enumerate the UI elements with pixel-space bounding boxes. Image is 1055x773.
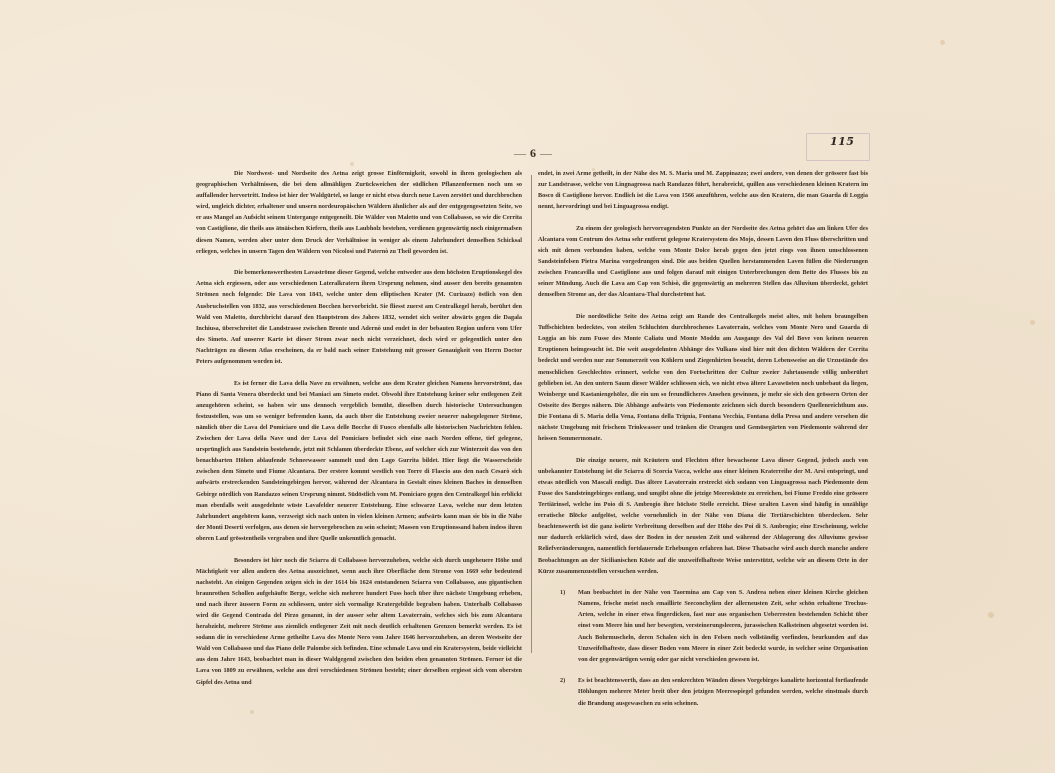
paragraph: Die Nordwest- und Nordseite des Aetna ze… xyxy=(196,168,522,257)
paragraph-continuation: endet, in zwei Arme getheilt, in der Näh… xyxy=(538,168,868,212)
scanned-page: —6— 115 Die Nordwest- und Nordseite des … xyxy=(0,0,1055,773)
footnote-number: 1) xyxy=(560,587,578,665)
footnote-number: 2) xyxy=(560,675,578,708)
page-number: —6— xyxy=(508,146,558,161)
column-divider xyxy=(531,175,532,653)
paragraph: Es ist ferner die Lava della Nave zu erw… xyxy=(196,378,522,544)
footnote: 2) Es ist beachtenswerth, dass an den se… xyxy=(538,675,868,708)
paragraph: Die bemerkenswerthesten Lavaströme diese… xyxy=(196,267,522,367)
paragraph: Besonders ist hier noch die Sciarra di C… xyxy=(196,555,522,688)
page-header: —6— xyxy=(0,146,1055,162)
footnote: 1) Man beobachtet in der Nähe von Taormi… xyxy=(538,587,868,665)
handwritten-folio-number: 115 xyxy=(830,135,854,148)
paragraph: Die nordöstliche Seite des Aetna zeigt a… xyxy=(538,311,868,444)
paragraph: Zu einem der geologisch hervorragendsten… xyxy=(538,223,868,301)
dash-right: — xyxy=(540,146,552,160)
footnote-text: Es ist beachtenswerth, dass an den senkr… xyxy=(578,675,868,708)
left-column: Die Nordwest- und Nordseite des Aetna ze… xyxy=(196,168,522,688)
paragraph: Die einzige neuere, mit Kräutern und Fle… xyxy=(538,455,868,577)
right-column: endet, in zwei Arme getheilt, in der Näh… xyxy=(538,168,868,719)
page-number-value: 6 xyxy=(530,146,536,160)
dash-left: — xyxy=(514,146,526,160)
footnote-text: Man beobachtet in der Nähe von Taormina … xyxy=(578,587,868,665)
